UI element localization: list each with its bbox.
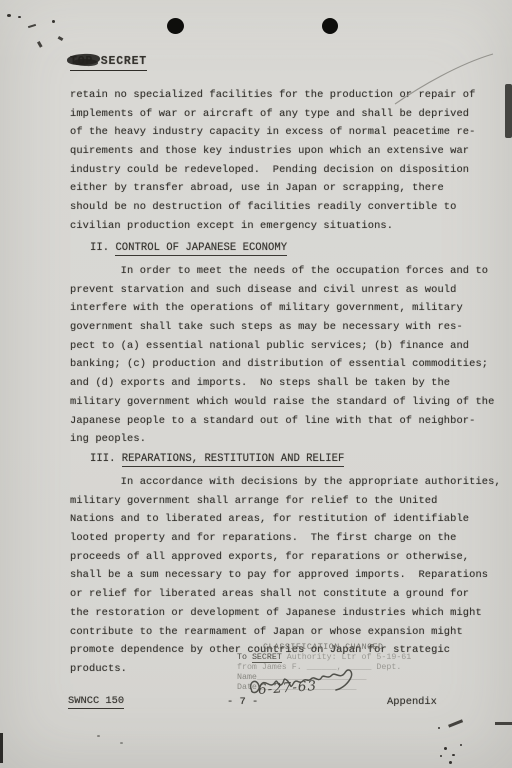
scan-edge-mark [495,722,512,725]
text-line: industry could be redeveloped. Pending d… [70,161,475,180]
ink-speck [440,755,442,757]
text-line: looted property and for reparations. The… [70,529,501,548]
stamp-to-label: To [237,653,252,662]
ink-speck [97,735,100,737]
text-line: interfere with the operations of militar… [70,299,494,318]
scan-edge-mark [0,733,3,763]
section-heading-3: III. REPARATIONS, RESTITUTION AND RELIEF [90,452,344,471]
text-line: Japanese people to a standard out of lin… [70,412,494,431]
stamp-authority: Authority: Ltr of 5-19-61 [282,653,411,662]
section-3-number: III. [90,453,122,465]
ink-speck [460,744,462,746]
text-line: In accordance with decisions by the appr… [70,473,501,492]
ink-speck [449,761,452,764]
scan-edge-mark [505,84,512,138]
section-2-number: II. [90,242,115,254]
hole-punch-mark-left [167,18,184,34]
text-line: the restoration or development of Japane… [70,604,501,623]
ink-speck [448,719,463,727]
text-line: either by transfer abroad, use in Japan … [70,179,475,198]
ink-speck [18,16,21,18]
appendix-label: Appendix [387,696,437,708]
ink-speck [444,747,447,750]
ink-speck [452,754,455,756]
text-line: implements of war or aircraft of any typ… [70,105,475,124]
text-line: shall be a sum necessary to pay for appr… [70,566,501,585]
text-line: quirements and those key industries upon… [70,142,475,161]
section-3-title: REPARATIONS, RESTITUTION AND RELIEF [122,453,345,467]
text-line: should be no destruction of facilities r… [70,198,475,217]
text-line: government shall take such steps as may … [70,318,494,337]
text-line: In order to meet the needs of the occupa… [70,262,494,281]
text-line: military government which would raise th… [70,393,494,412]
paragraph-1: retain no specialized facilities for the… [70,86,475,236]
ink-speck [37,41,42,47]
text-line: pect to (a) essential national public se… [70,337,494,356]
ink-speck [120,742,123,744]
text-line: military government shall arrange for re… [70,492,501,511]
page-number: - 7 - [227,696,258,708]
text-line: civilian production except in emergency … [70,217,475,236]
text-line: Nations and to liberated areas, for rest… [70,510,501,529]
text-line: ing peoples. [70,430,494,449]
stamp-to-line: To SECRET Authority: Ltr of 5-19-61 [237,653,411,663]
document-number: SWNCC 150 [68,695,124,709]
paragraph-2: In order to meet the needs of the occupa… [70,262,494,449]
scratch-mark [393,48,495,106]
stamp-title: CLASSIFICATION CHANGED [263,643,411,653]
text-line: of the heavy industry capacity in excess… [70,123,475,142]
ink-speck [28,24,36,28]
ink-speck [58,36,64,41]
text-line: prevent starvation and such disease and … [70,281,494,300]
ink-speck [438,727,440,729]
text-line: banking; (c) production and distribution… [70,355,494,374]
text-line: proceeds of all approved exports, for re… [70,548,501,567]
scanned-document-page: { "document": { "classification": "TOP S… [0,0,512,768]
ink-speck [52,20,55,23]
section-2-title: CONTROL OF JAPANESE ECONOMY [115,242,287,256]
stamp-to-value: SECRET [252,653,282,663]
section-heading-2: II. CONTROL OF JAPANESE ECONOMY [90,241,287,260]
text-line: and (d) exports and imports. No steps sh… [70,374,494,393]
ink-speck [7,14,11,17]
hole-punch-mark-right [322,18,338,34]
text-line: or relief for liberated areas shall not … [70,585,501,604]
text-line: contribute to the rearmament of Japan or… [70,623,501,642]
